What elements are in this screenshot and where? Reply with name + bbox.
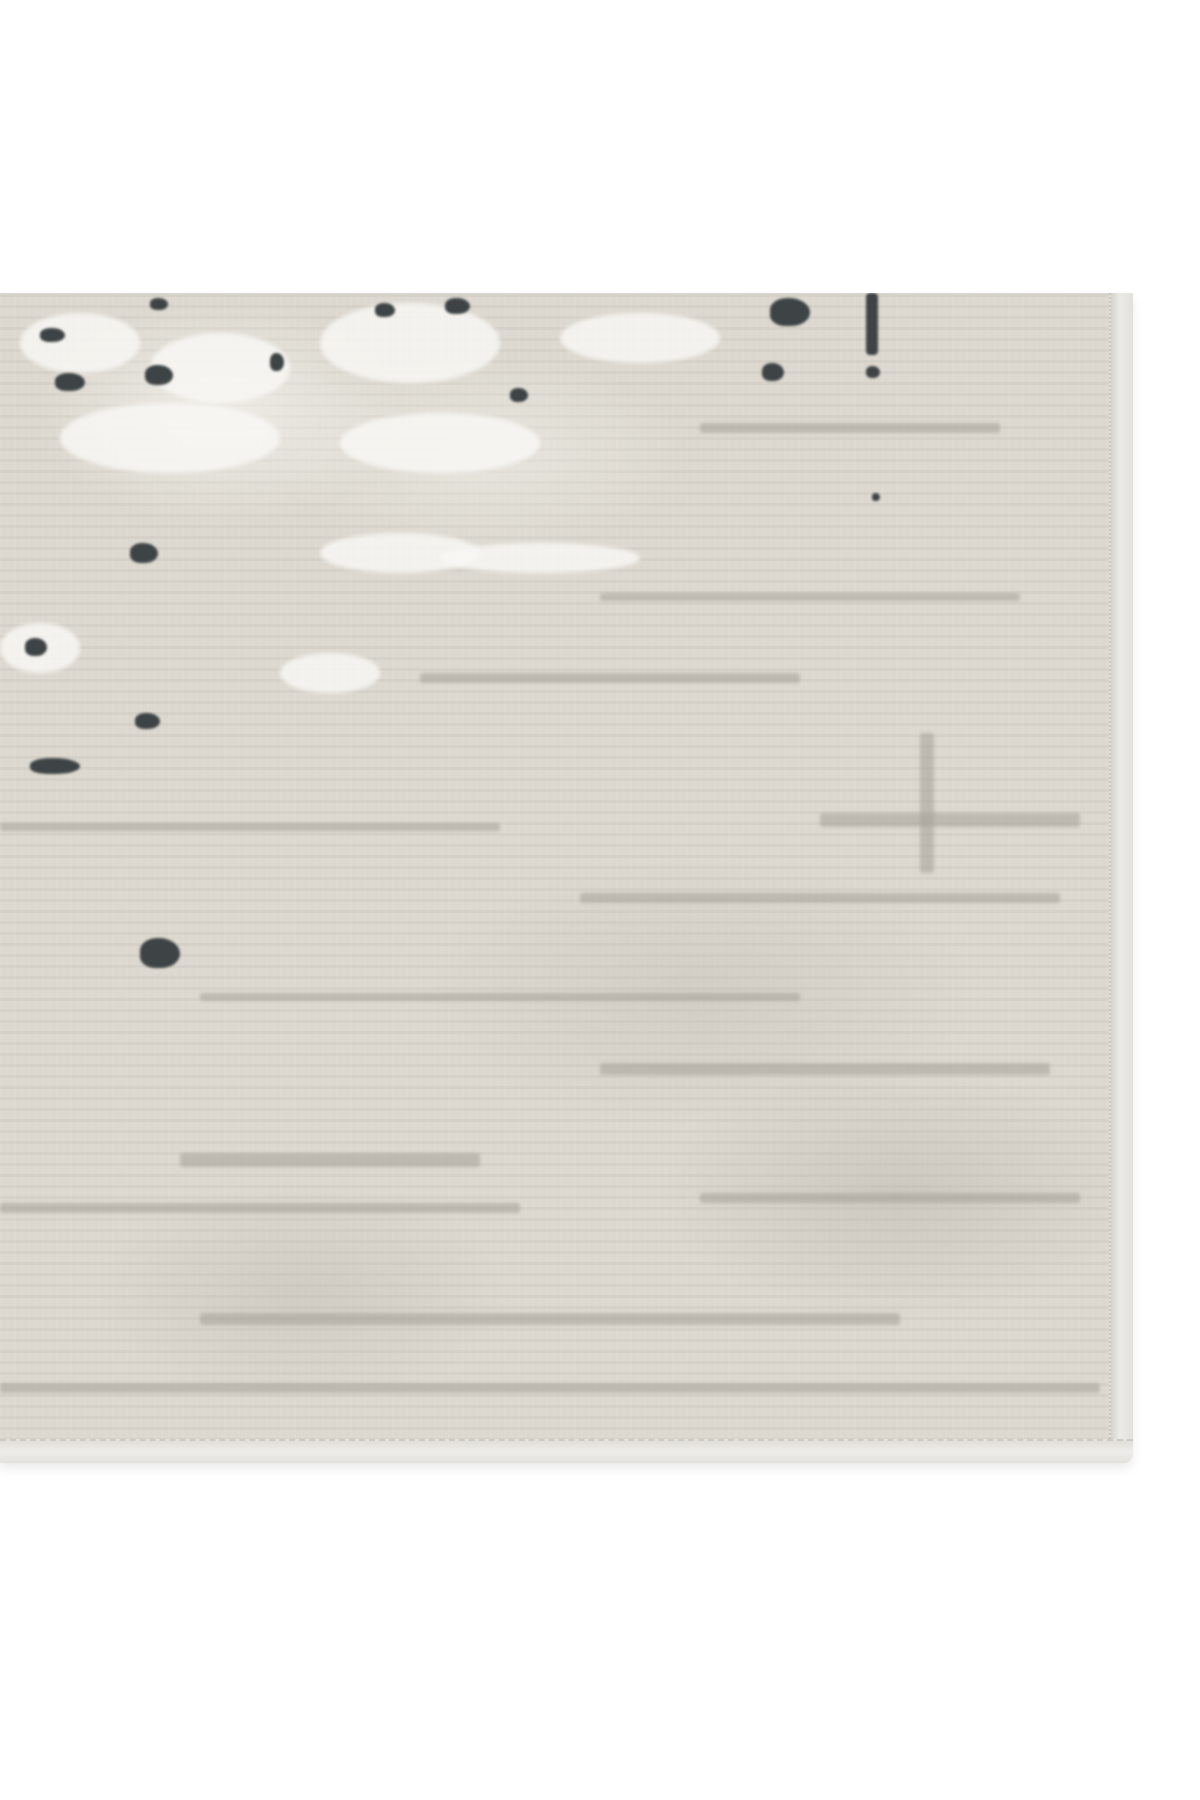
ivory-motif — [20, 313, 140, 373]
grey-streak — [600, 593, 1020, 601]
grey-streak — [580, 893, 1060, 903]
ivory-motif — [150, 333, 290, 403]
ivory-motif — [280, 653, 380, 693]
ivory-motif — [320, 303, 500, 383]
charcoal-spot — [150, 298, 168, 310]
grey-streak — [200, 993, 800, 1001]
ivory-motif — [60, 403, 280, 473]
rug-corner — [0, 293, 1133, 1463]
charcoal-spot — [770, 298, 810, 326]
rug-field — [0, 293, 1111, 1441]
rug-end-binding — [0, 1439, 1133, 1463]
charcoal-spot — [270, 353, 284, 371]
grey-streak — [0, 1383, 1100, 1393]
charcoal-spot — [866, 366, 880, 378]
charcoal-spot — [510, 388, 528, 402]
ivory-motif — [560, 313, 720, 363]
grey-streak — [0, 1203, 520, 1213]
charcoal-spot — [445, 298, 470, 314]
charcoal-spot — [145, 365, 173, 385]
grey-streak — [0, 823, 500, 831]
charcoal-spot — [140, 938, 180, 968]
grey-streak — [600, 1063, 1050, 1075]
charcoal-spot — [30, 758, 80, 774]
charcoal-spot — [375, 303, 395, 317]
grey-streak — [920, 733, 934, 873]
charcoal-spot — [40, 328, 65, 342]
charcoal-spot — [55, 373, 85, 391]
ivory-motif — [340, 413, 540, 473]
ivory-motif — [440, 543, 640, 573]
grey-streak — [820, 813, 1080, 827]
charcoal-spot — [130, 543, 158, 563]
charcoal-spot — [762, 363, 784, 381]
grey-streak — [180, 1153, 480, 1167]
rug-side-binding — [1109, 293, 1133, 1463]
grey-streak — [200, 1313, 900, 1325]
grey-streak — [700, 1193, 1080, 1203]
grey-streak — [700, 423, 1000, 433]
charcoal-spot — [25, 638, 47, 656]
grey-streak — [420, 673, 800, 683]
charcoal-spot — [866, 293, 878, 355]
charcoal-spot — [135, 713, 160, 729]
charcoal-spot — [872, 493, 880, 501]
